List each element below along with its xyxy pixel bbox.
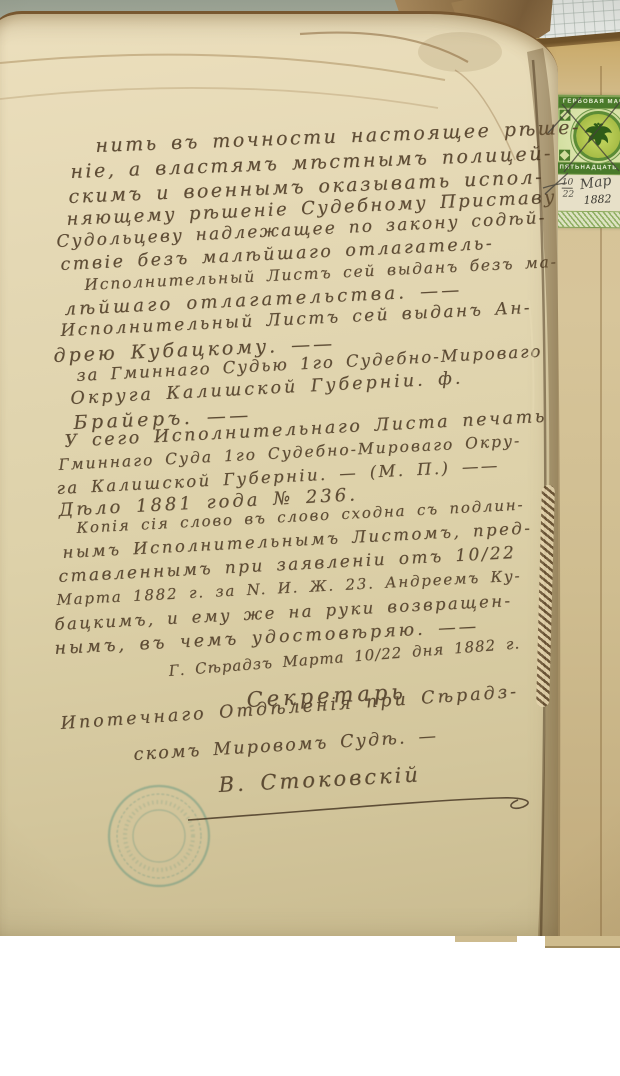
document-photo: ГЕРБОВАЯ МАРКА ПЯТЬНАДЦАТЬ КОП 10	[0, 0, 620, 936]
handwriting-line signature: В. Стоковскій	[218, 762, 421, 797]
page-bottom-sliver	[545, 936, 620, 948]
screenshot-root: ГЕРБОВАЯ МАРКА ПЯТЬНАДЦАТЬ КОП 10	[0, 0, 620, 1076]
blank-margin	[0, 946, 620, 1076]
page-bottom-sliver	[455, 936, 517, 942]
handwriting-line: скомъ Мировомъ Судѣ. —	[133, 726, 439, 765]
page-content: нить въ точности настоящее рѣше- ніе, а …	[0, 0, 620, 936]
